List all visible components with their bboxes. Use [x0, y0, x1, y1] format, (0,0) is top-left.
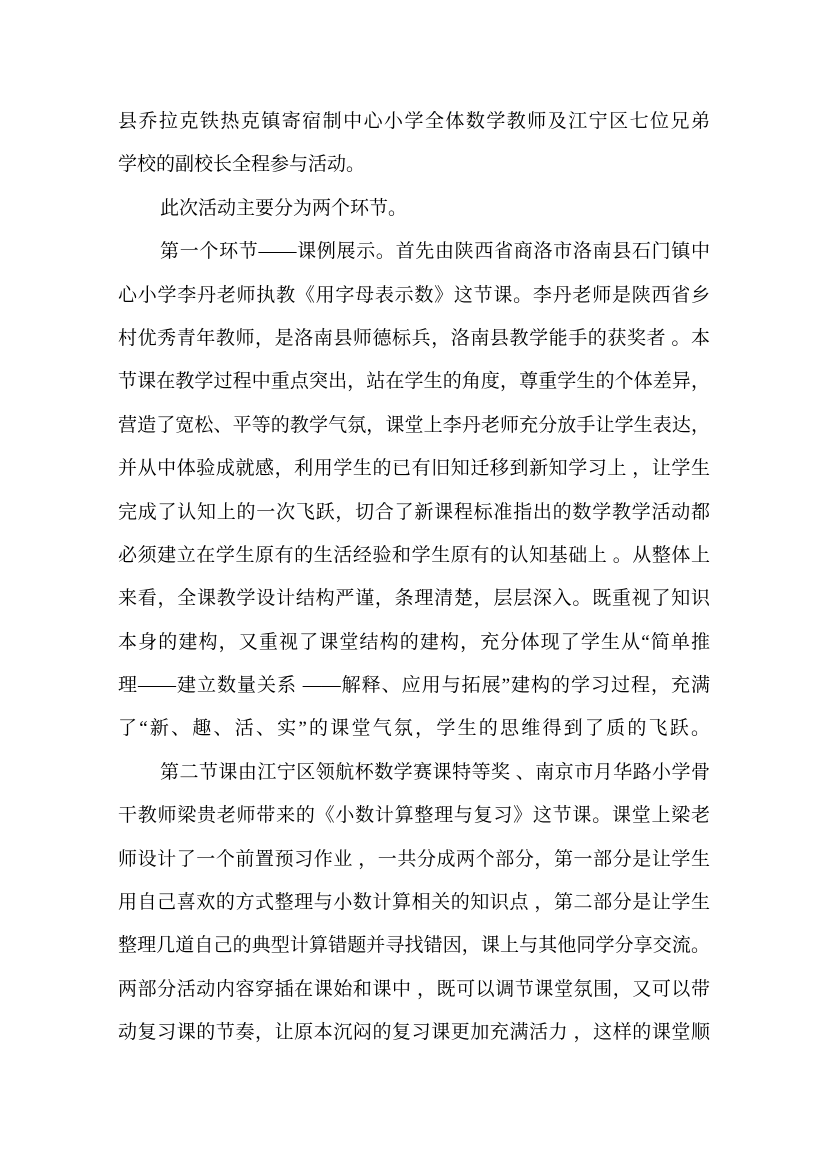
text-line: 本身的建构，又重视了课堂结构的建构，充分体现了学生从“简单推	[118, 621, 710, 664]
text-line: 营造了宽松、平等的教学气氛，课堂上李丹老师充分放手让学生表达，	[118, 404, 710, 447]
text-line: 干教师梁贵老师带来的《小数计算整理与复习》这节课。课堂上梁老	[118, 794, 710, 837]
text-line: 必须建立在学生原有的生活经验和学生原有的认知基础上 。从整体上	[118, 534, 710, 577]
text-line: 心小学李丹老师执教《用字母表示数》这节课。李丹老师是陕西省乡	[118, 274, 710, 317]
text-line: 学校的副校长全程参与活动。	[118, 143, 710, 186]
text-line: 师设计了一个前置预习作业 ，一共分成两个部分，第一部分是让学生	[118, 838, 710, 881]
text-line: 村优秀青年教师，是洛南县师德标兵，洛南县教学能手的获奖者 。本	[118, 317, 710, 360]
text-line: 来看，全课教学设计结构严谨，条理清楚，层层深入。既重视了知识	[118, 577, 710, 620]
text-line: 整理几道自己的典型计算错题并寻找错因，课上与其他同学分享交流。	[118, 924, 710, 967]
text-line: 了“新、趣、活、实”的课堂气氛，学生的思维得到了质的飞跃。	[118, 707, 710, 750]
text-line: 理——建立数量关系 ——解释、应用与拓展”建构的学习过程，充满	[118, 664, 710, 707]
text-line: 用自己喜欢的方式整理与小数计算相关的知识点 ，第二部分是让学生	[118, 881, 710, 924]
document-body: 县乔拉克铁热克镇寄宿制中心小学全体数学教师及江宁区七位兄弟 学校的副校长全程参与…	[118, 100, 710, 1055]
document-page: 县乔拉克铁热克镇寄宿制中心小学全体数学教师及江宁区七位兄弟 学校的副校长全程参与…	[0, 0, 827, 1170]
text-line: 此次活动主要分为两个环节。	[118, 187, 710, 230]
text-line: 动复习课的节奏，让原本沉闷的复习课更加充满活力 ，这样的课堂顺	[118, 1011, 710, 1054]
text-line: 第二节课由江宁区领航杯数学赛课特等奖 、南京市月华路小学骨	[118, 751, 710, 794]
text-line: 并从中体验成就感，利用学生的已有旧知迁移到新知学习上 ，让学生	[118, 447, 710, 490]
text-line: 节课在教学过程中重点突出，站在学生的角度，尊重学生的个体差异，	[118, 360, 710, 403]
text-line: 县乔拉克铁热克镇寄宿制中心小学全体数学教师及江宁区七位兄弟	[118, 100, 710, 143]
text-line: 两部分活动内容穿插在课始和课中 ，既可以调节课堂氛围，又可以带	[118, 968, 710, 1011]
text-line: 完成了认知上的一次飞跃，切合了新课程标准指出的数学教学活动都	[118, 491, 710, 534]
text-line: 第一个环节——课例展示。首先由陕西省商洛市洛南县石门镇中	[118, 230, 710, 273]
